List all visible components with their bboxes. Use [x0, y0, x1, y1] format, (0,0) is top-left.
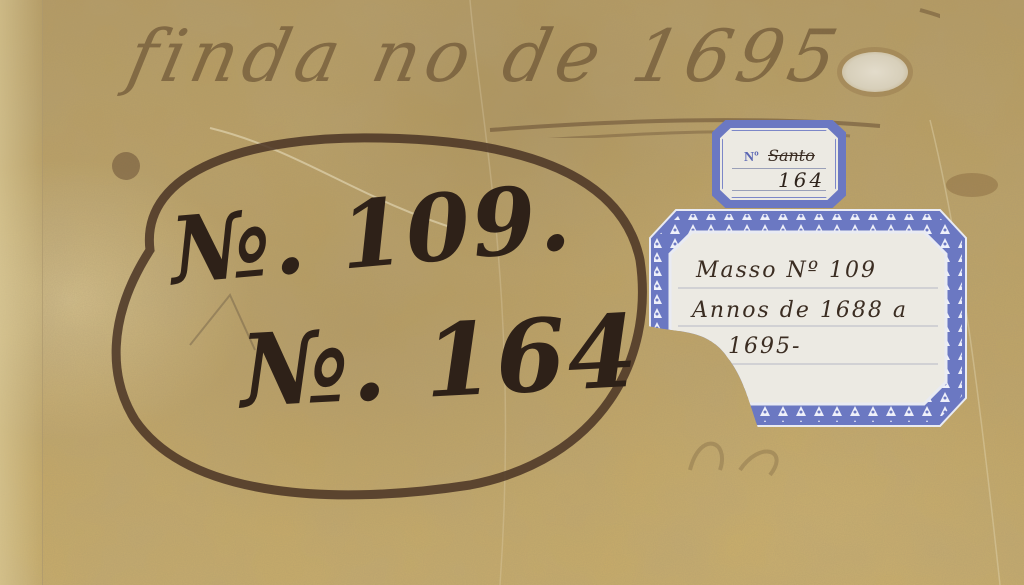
- label-line-masso: Masso Nº 109: [696, 258, 877, 283]
- small-label-paper: Nº Santo 164: [720, 128, 838, 200]
- struck-handwritten-word: Santo: [768, 146, 815, 165]
- label-line-year-end: 1695-: [728, 334, 801, 359]
- label-rule: [732, 190, 826, 191]
- label-line-annos: Annos de 1688 a: [692, 298, 908, 323]
- small-catalog-label: Nº Santo 164: [712, 120, 846, 208]
- small-label-number: 164: [778, 168, 825, 192]
- archive-number-164: №. 164: [237, 292, 642, 431]
- vellum-cover-photo: finda no de 1695 №. 109. №. 164 Nº Santo…: [0, 0, 1024, 585]
- large-catalog-label: Masso Nº 109 Annos de 1688 a 1695-: [648, 208, 968, 428]
- number-prefix: Nº: [744, 150, 759, 166]
